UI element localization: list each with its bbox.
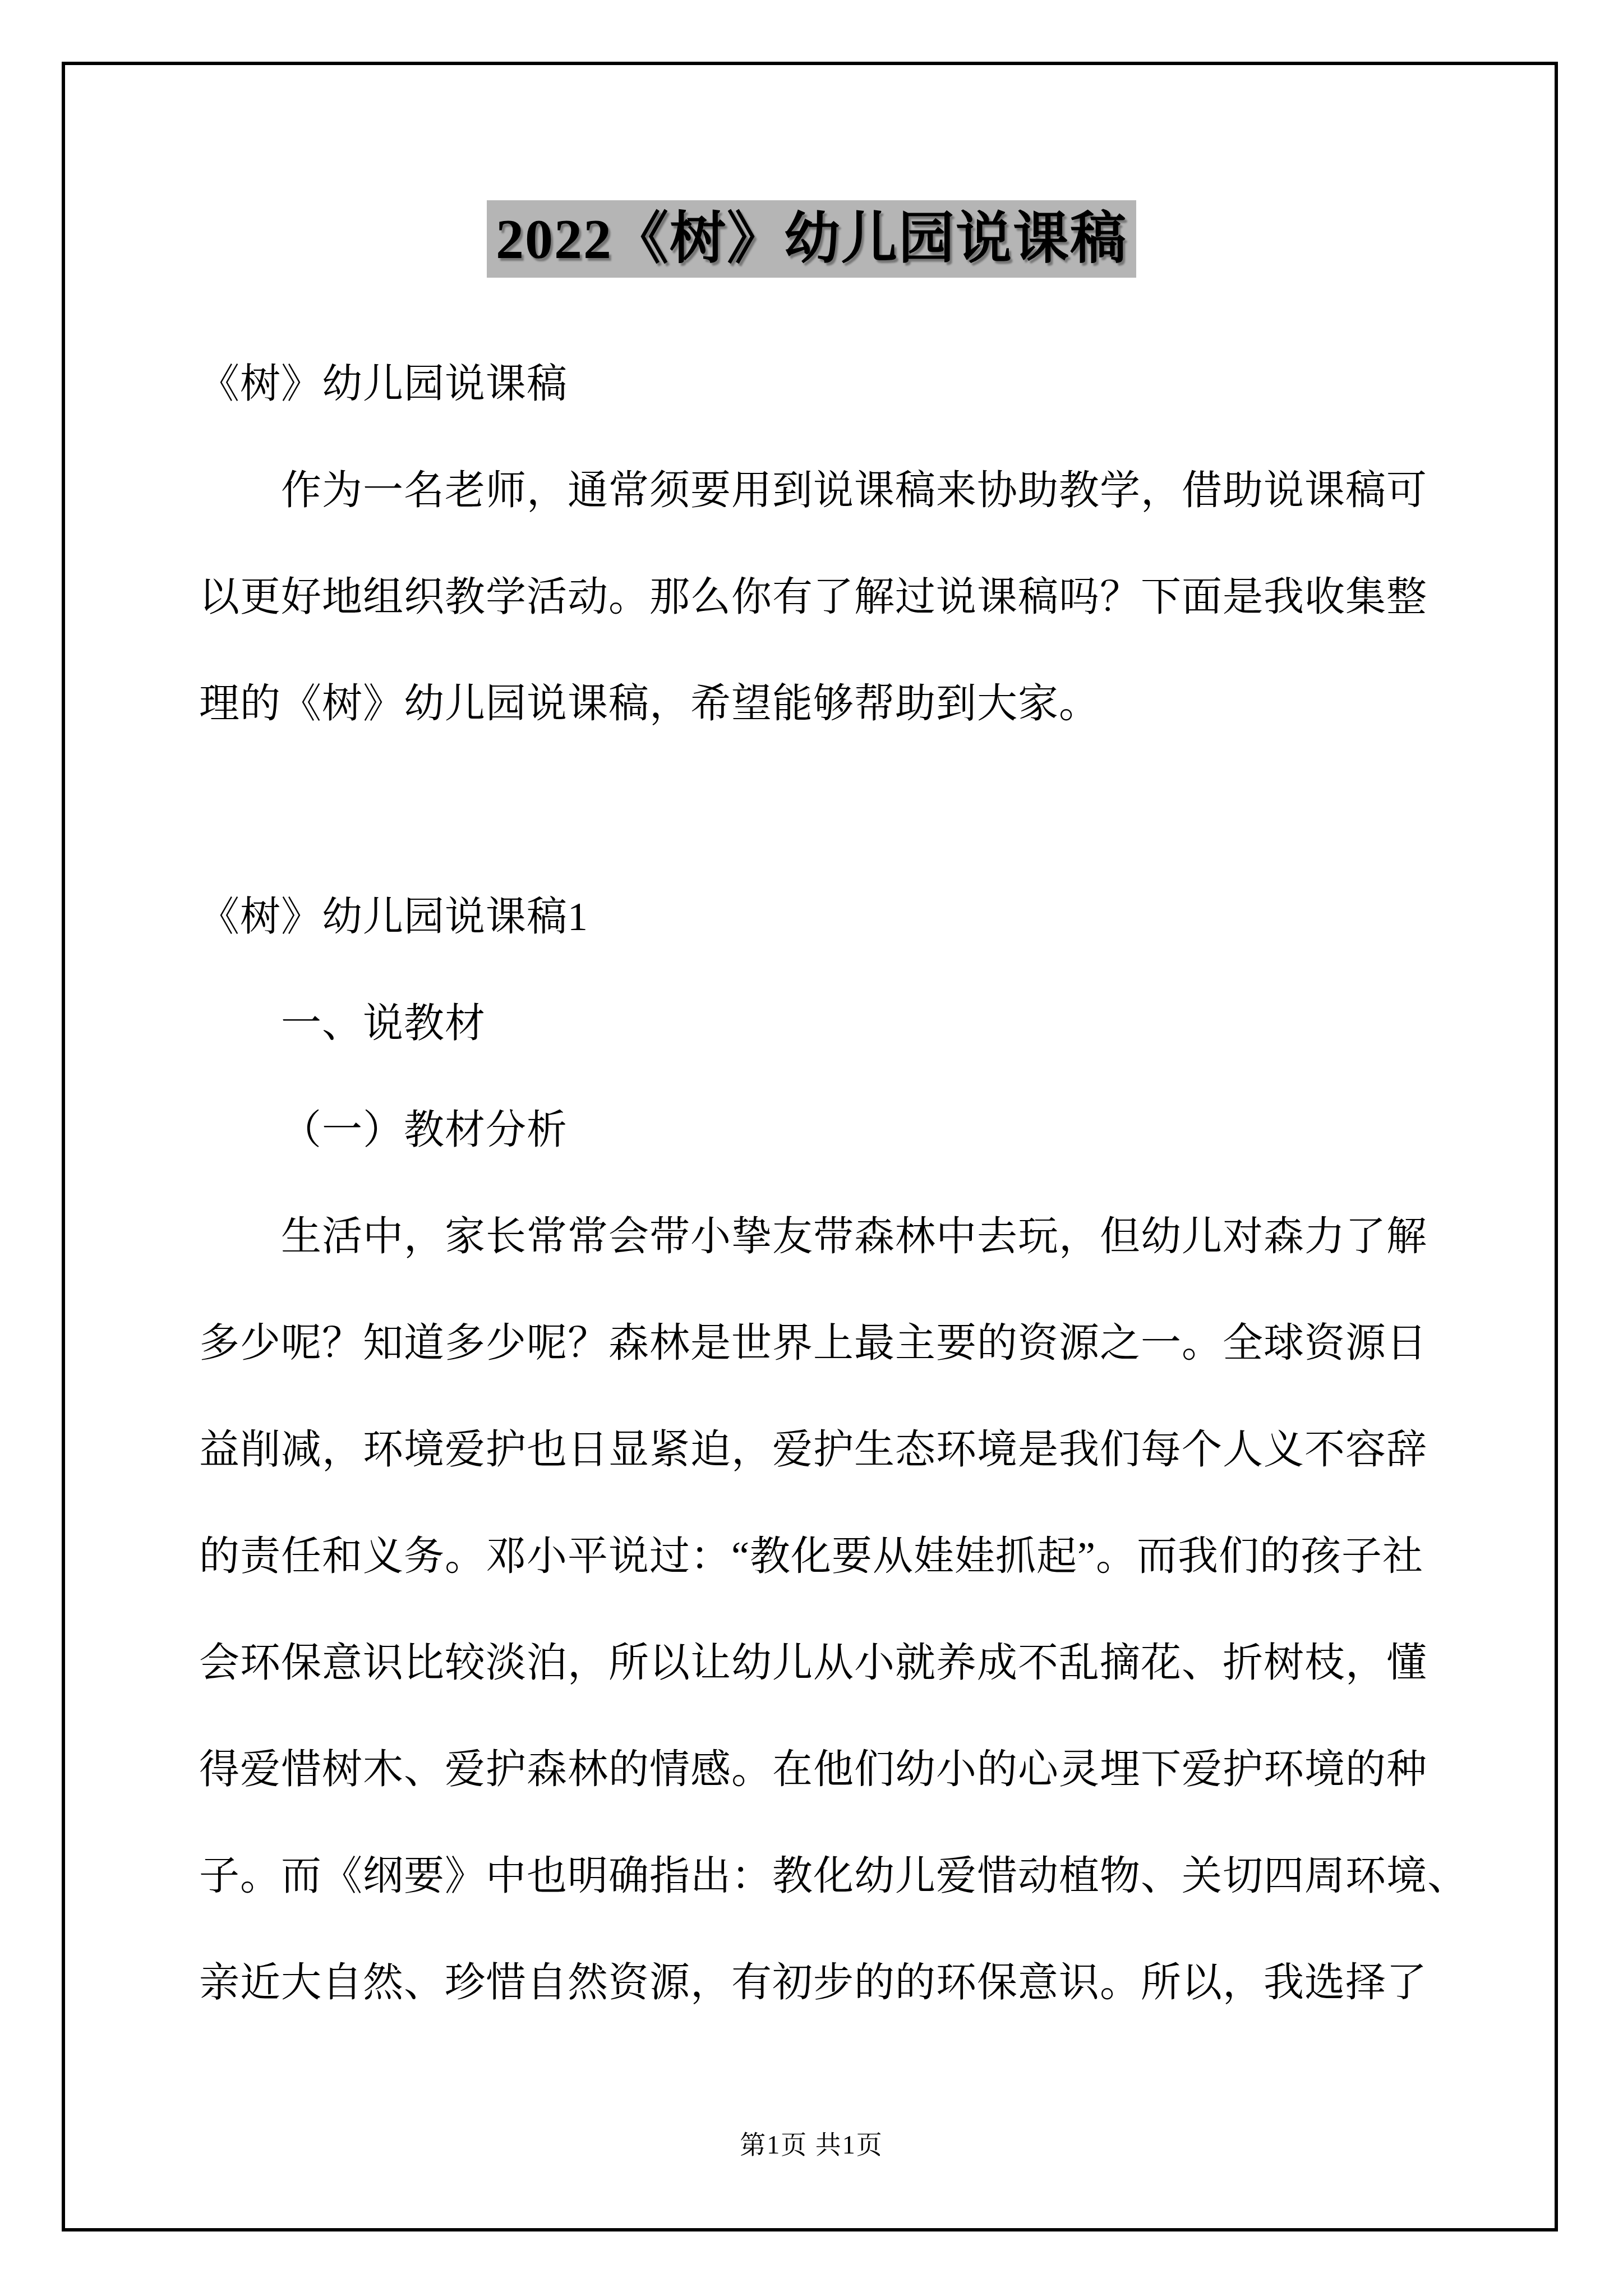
text-line: 理的《树》幼儿园说课稿，希望能够帮助到大家。	[199, 650, 1433, 757]
text-line: 以更好地组织教学活动。那么你有了解过说课稿吗？下面是我收集整	[199, 544, 1433, 650]
text-line: 亲近大自然、珍惜自然资源，有初步的的环保意识。所以，我选择了	[199, 1929, 1433, 2036]
text-line: 的责任和义务。邓小平说过：“教化要从娃娃抓起”。而我们的孩子社	[199, 1503, 1433, 1609]
text-line: 《树》幼儿园说课稿	[199, 330, 1433, 437]
text-line: 子。而《纲要》中也明确指出：教化幼儿爱惜动植物、关切四周环境、	[199, 1823, 1433, 1929]
text-line: 作为一名老师，通常须要用到说课稿来协助教学，借助说课稿可	[199, 437, 1433, 544]
text-line: 会环保意识比较淡泊，所以让幼儿从小就养成不乱摘花、折树枝，懂	[199, 1609, 1433, 1716]
text-line: 《树》幼儿园说课稿1	[199, 863, 1433, 970]
page-footer: 第1页 共1页	[0, 2119, 1623, 2171]
text-line	[199, 757, 1433, 863]
document-page: 2022《树》幼儿园说课稿 《树》幼儿园说课稿作为一名老师，通常须要用到说课稿来…	[0, 0, 1623, 2296]
text-line: 得爱惜树木、爱护森林的情感。在他们幼小的心灵埋下爱护环境的种	[199, 1716, 1433, 1823]
text-line: （一）教材分析	[199, 1076, 1433, 1183]
page-number: 第1页 共1页	[740, 2131, 883, 2159]
document-body: 《树》幼儿园说课稿作为一名老师，通常须要用到说课稿来协助教学，借助说课稿可以更好…	[199, 330, 1433, 2036]
text-line: 益削减，环境爱护也日显紧迫，爱护生态环境是我们每个人义不容辞	[199, 1396, 1433, 1503]
title-row: 2022《树》幼儿园说课稿	[0, 200, 1623, 278]
document-title: 2022《树》幼儿园说课稿	[487, 200, 1136, 278]
text-line: 生活中，家长常常会带小挚友带森林中去玩，但幼儿对森力了解	[199, 1183, 1433, 1290]
text-line: 一、说教材	[199, 970, 1433, 1076]
text-line: 多少呢？知道多少呢？森林是世界上最主要的资源之一。全球资源日	[199, 1290, 1433, 1396]
